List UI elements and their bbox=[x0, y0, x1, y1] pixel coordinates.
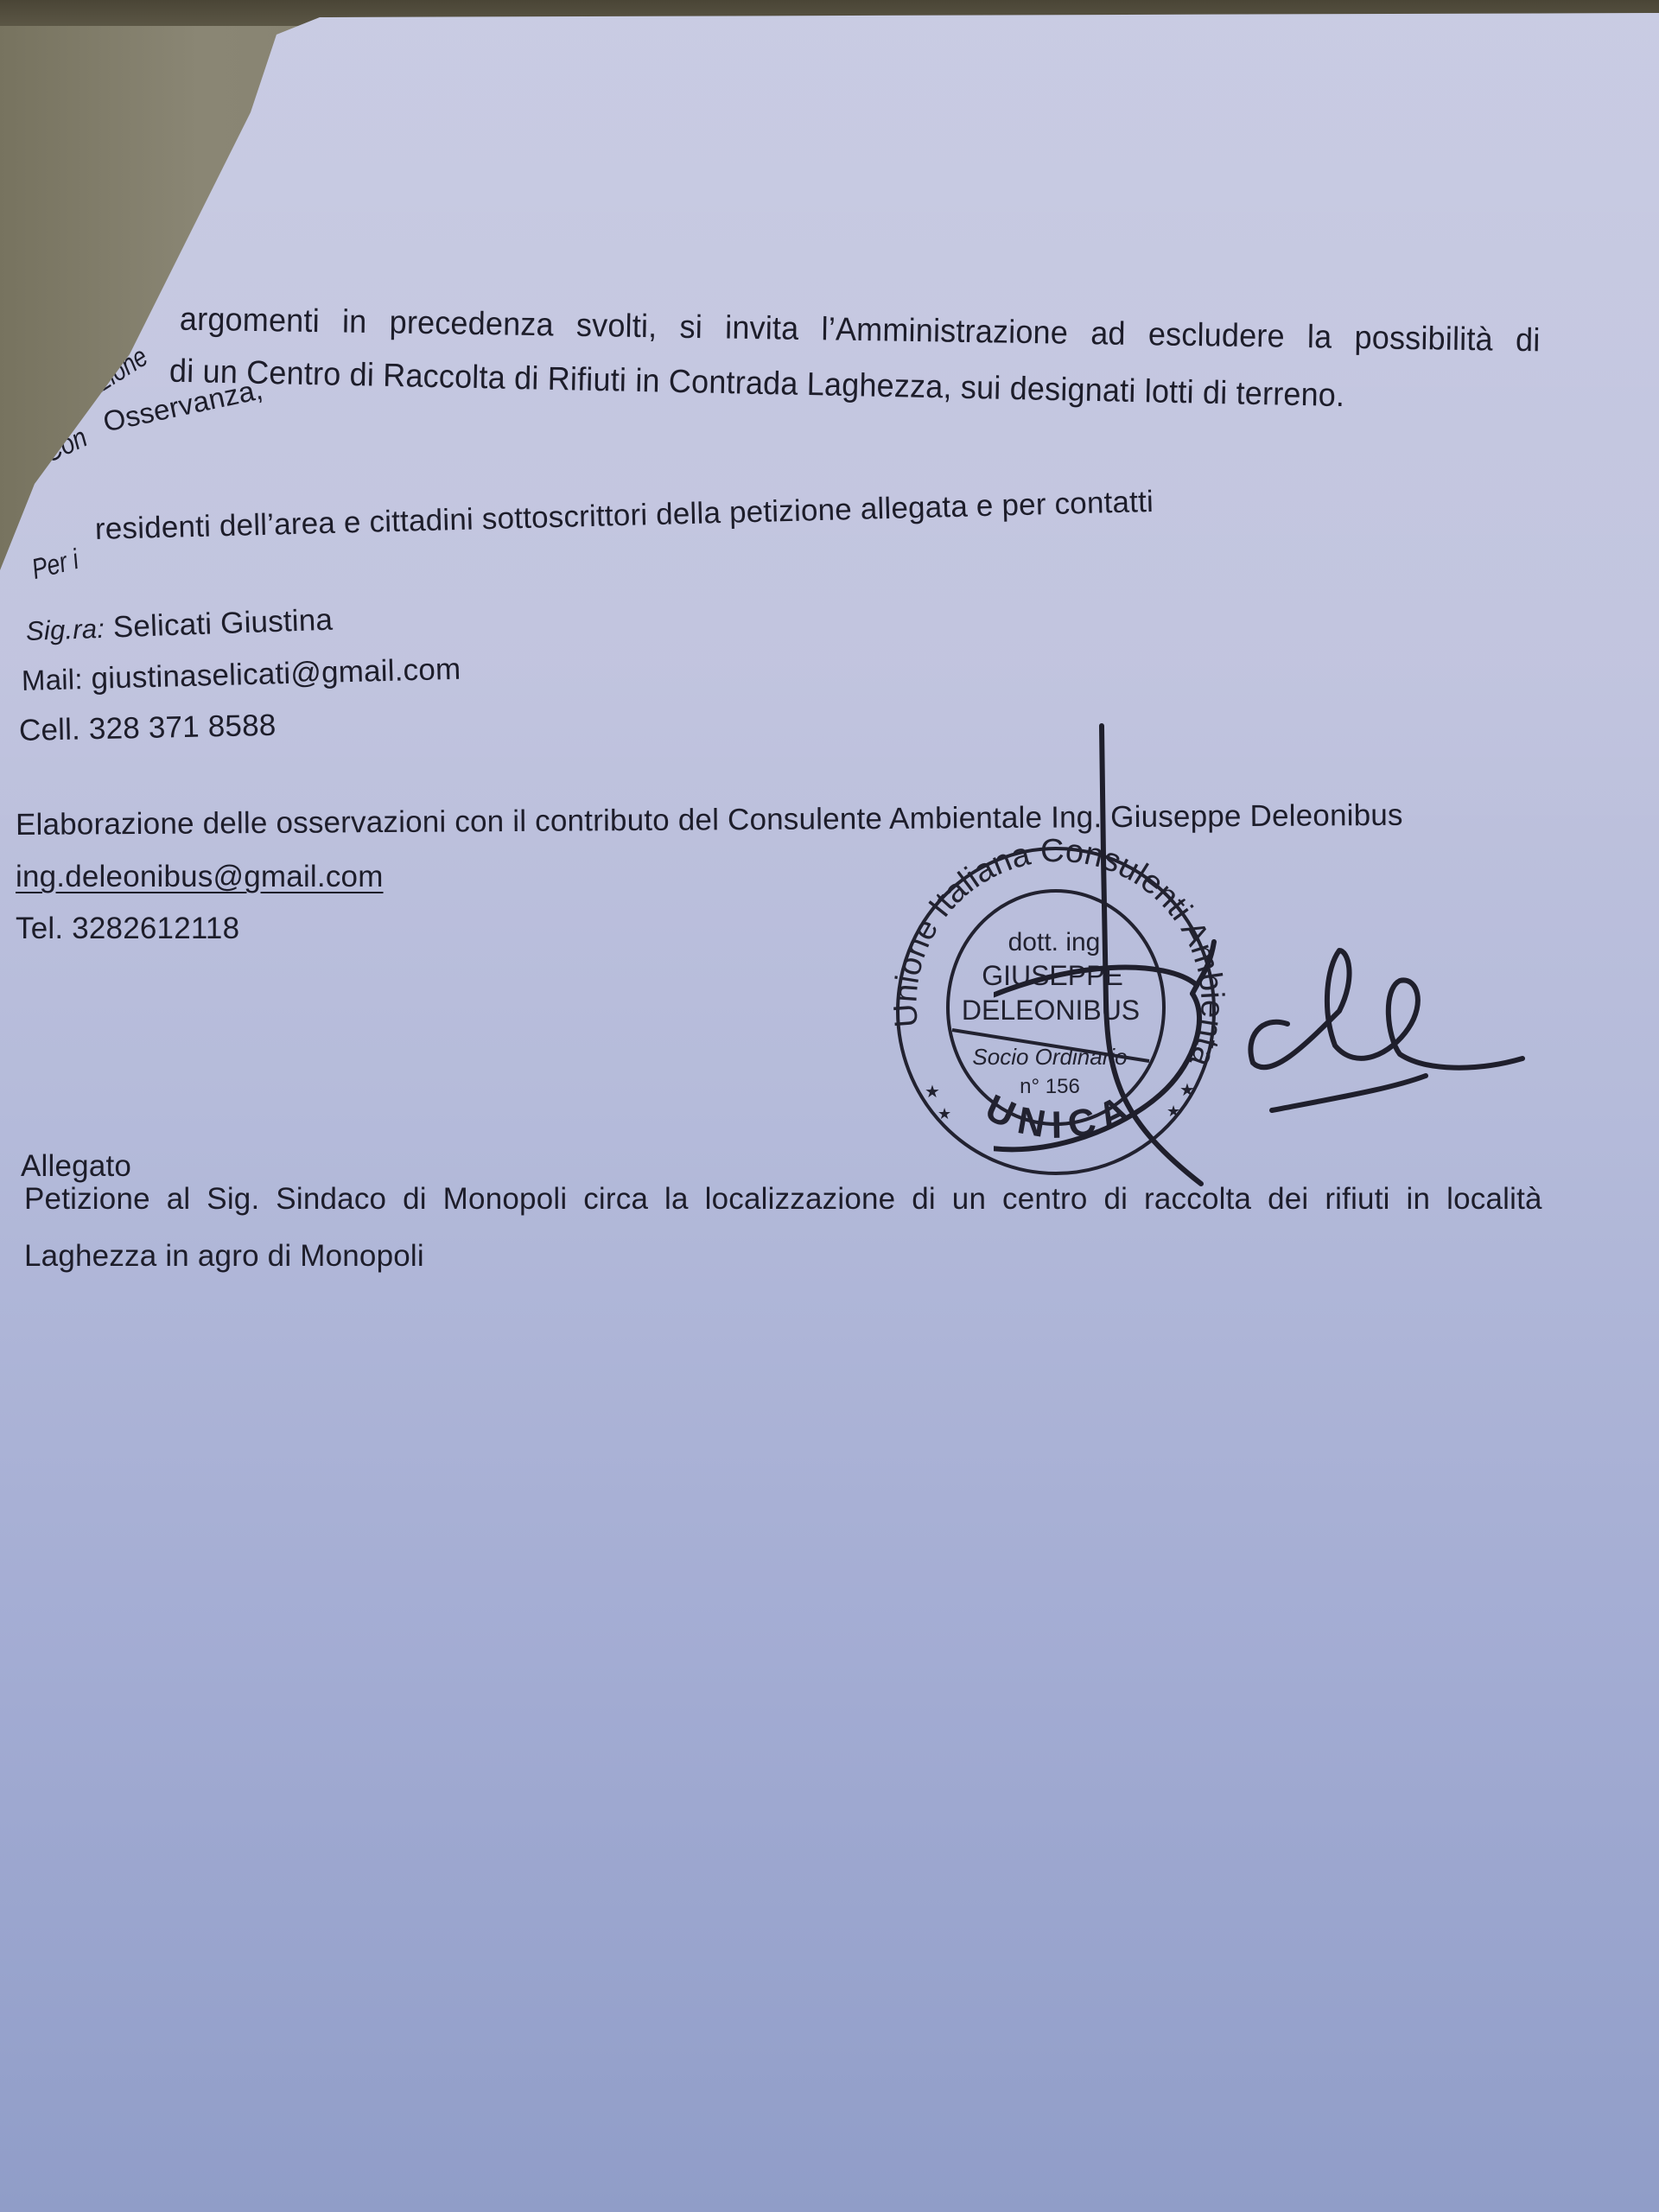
contact-name-label: Sig.ra: bbox=[25, 613, 105, 646]
residents-curled-prefix: Per i bbox=[29, 543, 82, 586]
contact-phone-label: Cell. bbox=[19, 713, 81, 747]
attachment-line-1: Petizione al Sig. Sindaco di Monopoli ci… bbox=[24, 1182, 1542, 1217]
closing-curled-prefix: Con bbox=[38, 421, 92, 469]
consultant-phone: 3282612118 bbox=[72, 912, 239, 945]
contact-mail[interactable]: giustinaselicati@gmail.com bbox=[91, 652, 461, 696]
residents-line: residenti dell’area e cittadini sottoscr… bbox=[94, 485, 1154, 547]
contact-mail-label: Mail: bbox=[22, 663, 84, 696]
consultant-phone-row: Tel. 3282612118 bbox=[16, 912, 239, 946]
document-page: utti gli argomenti in precedenza svolti,… bbox=[0, 0, 1659, 2212]
handwritten-signature bbox=[994, 717, 1529, 1201]
stamp-star-icon: ★ bbox=[925, 1083, 940, 1102]
paragraph-line-1: argomenti in precedenza svolti, si invit… bbox=[180, 300, 1541, 359]
attachment-line-2: Laghezza in agro di Monopoli bbox=[24, 1239, 424, 1274]
paragraph-curled-start-1: utti gli bbox=[73, 298, 135, 361]
contact-mail-row: Mail: giustinaselicati@gmail.com bbox=[21, 652, 461, 698]
consultant-email-link[interactable]: ing.deleonibus@gmail.com bbox=[16, 860, 384, 894]
contact-phone: 328 371 8588 bbox=[89, 709, 276, 747]
paragraph-line-2: di un Centro di Raccolta di Rifiuti in C… bbox=[169, 352, 1345, 415]
consultant-phone-label: Tel. bbox=[16, 912, 63, 945]
stamp-star-icon: ★ bbox=[938, 1105, 951, 1122]
attachment-heading: Allegato bbox=[21, 1149, 131, 1184]
contact-phone-row: Cell. 328 371 8588 bbox=[19, 709, 276, 748]
contact-name-row: Sig.ra: Selicati Giustina bbox=[25, 603, 333, 648]
contact-name: Selicati Giustina bbox=[112, 603, 334, 645]
